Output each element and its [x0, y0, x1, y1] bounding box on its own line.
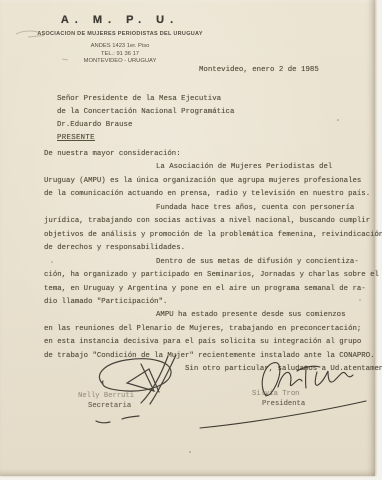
body-line: Dentro de sus metas de difusión y concie… [44, 256, 376, 269]
salutation: De nuestra mayor consideración: [44, 148, 376, 161]
body-line: dio llamado "Participación". [44, 296, 376, 309]
secretary-typed-name: Nelly Berruti [78, 392, 134, 400]
body-line: tema, en Uruguay y Argentina y pone en e… [44, 283, 376, 296]
org-city: MONTEVIDEO - URUGUAY [30, 58, 210, 66]
letterhead: A. M. P. U. ASOCIACION DE MUJERES PERIOD… [30, 14, 210, 66]
recipient-line-1: Señor Presidente de la Mesa Ejecutiva [57, 93, 234, 106]
body-line: La Asociación de Mujeres Periodistas del [44, 161, 376, 174]
body-line: ción, ha organizado y participado en Sem… [44, 269, 376, 282]
body-line: Uruguay (AMPU) es la única organización … [44, 175, 376, 188]
body-line: AMPU ha estado presente desde sus comien… [44, 309, 376, 322]
date-line: Montevideo, enero 2 de 1985 [199, 66, 319, 74]
body-line: jurídica, trabajando con socias activas … [44, 215, 376, 228]
org-phone: TEL.: 91 36 17 [30, 51, 210, 59]
recipient-line-2: de la Concertación Nacional Programática [57, 106, 234, 119]
body-line: Fundada hace tres años, cuenta con perso… [44, 202, 376, 215]
org-address: ANDES 1423 1er. Piso [30, 43, 210, 51]
letter-body: De nuestra mayor consideración: La Asoci… [44, 148, 376, 377]
body-line: de trabajo "Condición de la Mujer" recie… [44, 350, 376, 363]
recipient-block: Señor Presidente de la Mesa Ejecutiva de… [57, 93, 234, 145]
secretary-title: Secretaria [88, 402, 131, 410]
org-address-block: ANDES 1423 1er. Piso TEL.: 91 36 17 MONT… [30, 43, 210, 66]
body-line: en esta instancia decisiva para el país … [44, 336, 376, 349]
recipient-presente: PRESENTE [57, 132, 234, 145]
closing-line: Sin otro particular, saludamos a Ud.aten… [44, 363, 376, 376]
org-name: ASOCIACION DE MUJERES PERIODISTAS DEL UR… [30, 31, 210, 37]
body-line: en las reuniones del Plenario de Mujeres… [44, 323, 376, 336]
scanned-letter: A. M. P. U. ASOCIACION DE MUJERES PERIOD… [0, 0, 382, 480]
org-initials: A. M. P. U. [30, 14, 210, 26]
president-title: Presidenta [262, 400, 305, 408]
letter-page: A. M. P. U. ASOCIACION DE MUJERES PERIOD… [0, 0, 375, 476]
body-line: objetivos de análisis y promoción de la … [44, 229, 376, 242]
recipient-line-3: Dr.Eduardo Brause [57, 119, 234, 132]
body-line: de la comunicación actuando en prensa, r… [44, 188, 376, 201]
body-line: de derechos y responsabilidades. [44, 242, 376, 255]
president-typed-name: Silvia Tron [252, 390, 299, 398]
